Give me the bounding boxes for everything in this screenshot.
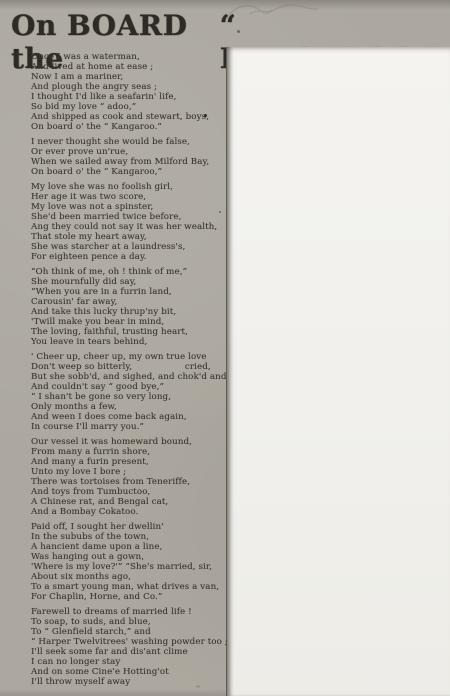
poem-line: I thought I'd like a seafarin' life,	[31, 92, 227, 102]
poem-line: Was hanging out a gown,	[31, 552, 227, 562]
ink-speck	[196, 685, 200, 688]
broadside-sheet: On BOARD the “ KANGAROO.” Once I was a w…	[0, 0, 450, 696]
poem-line: Carousin' far away,	[31, 297, 227, 307]
poem-line: And many a furin present,	[31, 457, 227, 467]
poem-line: And lived at home at ease ;	[31, 62, 227, 72]
verse: Farewell to dreams of married life !To s…	[31, 607, 227, 687]
poem-line: She was starcher at a laundress's,	[31, 242, 227, 252]
poem-line: I'll seek some far and dis'ant clime	[31, 647, 227, 657]
poem-line: A Chinese rat, and Bengal cat,	[31, 497, 227, 507]
poem-line: Or ever prove un'rue,	[31, 147, 227, 157]
verse: Our vessel it was homeward bound,From ma…	[31, 437, 227, 517]
verse: Paid off, I sought her dwellin'In the su…	[31, 522, 227, 602]
poem-line: I never thought she would be false,	[31, 137, 227, 147]
poem-line: To a smart young man, what drives a van,	[31, 582, 227, 592]
poem-line: “ I shan't be gone so very long,	[31, 392, 227, 402]
poem-line: When we sailed away from Milford Bay,	[31, 157, 227, 167]
poem-line: And toys from Tumbuctoo,	[31, 487, 227, 497]
verse: My love she was no foolish girl,Her age …	[31, 182, 227, 262]
verse: ' Cheer up, cheer up, my own true loveDo…	[31, 352, 227, 432]
poem-line: She mournfully did say,	[31, 277, 227, 287]
poem-line: My love was not a spinster,	[31, 202, 227, 212]
poem-line: And couldn't say “ good bye,”	[31, 382, 227, 392]
poem-line: For eighteen pence a day.	[31, 252, 227, 262]
poem-line: Unto my love I bore ;	[31, 467, 227, 477]
poem-line: Our vessel it was homeward bound,	[31, 437, 227, 447]
poem-line: In course I'll marry you.”	[31, 422, 227, 432]
backing-paper	[226, 47, 450, 696]
ink-speck	[237, 30, 240, 33]
poem-line: “When you are in a furrin land,	[31, 287, 227, 297]
poem-line: Paid off, I sought her dwellin'	[31, 522, 227, 532]
poem-line: And ween I does come back again,	[31, 412, 227, 422]
poem-line: Once I was a waterman,	[31, 52, 227, 62]
poem-line: And shipped as cook and stewart, boys,	[31, 112, 227, 122]
poem-line: For Chaplin, Horne, and Co.”	[31, 592, 227, 602]
poem-line: Ang they could not say it was her wealth…	[31, 222, 227, 232]
poem-line: To “ Glenfield starch,” and	[31, 627, 227, 637]
poem-line: ' Cheer up, cheer up, my own true love	[31, 352, 227, 362]
poem-line: There was tortoises from Teneriffe,	[31, 477, 227, 487]
poem-line: My love she was no foolish girl,	[31, 182, 227, 192]
poem-line: That stole my heart away,	[31, 232, 227, 242]
poem-line: On board o' the “ Kangaroo.”	[31, 122, 227, 132]
poem-line: And a Bombay Cokatoo.	[31, 507, 227, 517]
poem-line: About six months ago,	[31, 572, 227, 582]
poem-line: “Oh think of me, oh ! think of me,”	[31, 267, 227, 277]
poem-line: And take this lucky thrup'ny bit,	[31, 307, 227, 317]
ink-speck	[204, 114, 207, 117]
verse: Once I was a waterman,And lived at home …	[31, 52, 227, 132]
poem-line: The loving, faithful, trusting heart,	[31, 327, 227, 337]
poem-line: Now I am a mariner,	[31, 72, 227, 82]
ink-speck	[219, 211, 221, 213]
poem-line: I can no longer stay	[31, 657, 227, 667]
poem-line: But she sobb'd, and sighed, and chok'd a…	[31, 372, 227, 382]
poem-text: Once I was a waterman,And lived at home …	[31, 52, 227, 692]
poem-line: “ Harper Twelvitrees' washing powder too…	[31, 637, 227, 647]
poem-line: Don't weep so bitterly, cried,	[31, 362, 227, 372]
poem-line: A hancient dame upon a line,	[31, 542, 227, 552]
poem-line: 'Where is my love?'” “She's married, sir…	[31, 562, 227, 572]
poem-line: And plough the angry seas ;	[31, 82, 227, 92]
poem-line: Farewell to dreams of married life !	[31, 607, 227, 617]
poem-line: So bid my love “ adoo,”	[31, 102, 227, 112]
poem-line: You leave in tears behind,	[31, 337, 227, 347]
poem-line: 'Twill make you bear in mind,	[31, 317, 227, 327]
poem-line: To soap, to suds, and blue,	[31, 617, 227, 627]
poem-line: In the sububs of the town,	[31, 532, 227, 542]
poem-line: And on some Cine'e Hotting'ot	[31, 667, 227, 677]
poem-line: On board o' the “ Kangaroo,”	[31, 167, 227, 177]
verse: “Oh think of me, oh ! think of me,”She m…	[31, 267, 227, 347]
poem-line: Only months a few,	[31, 402, 227, 412]
verse: I never thought she would be false,Or ev…	[31, 137, 227, 177]
poem-line: She'd been married twice before,	[31, 212, 227, 222]
poem-line: From many a furrin shore,	[31, 447, 227, 457]
poem-line: Her age it was two score,	[31, 192, 227, 202]
